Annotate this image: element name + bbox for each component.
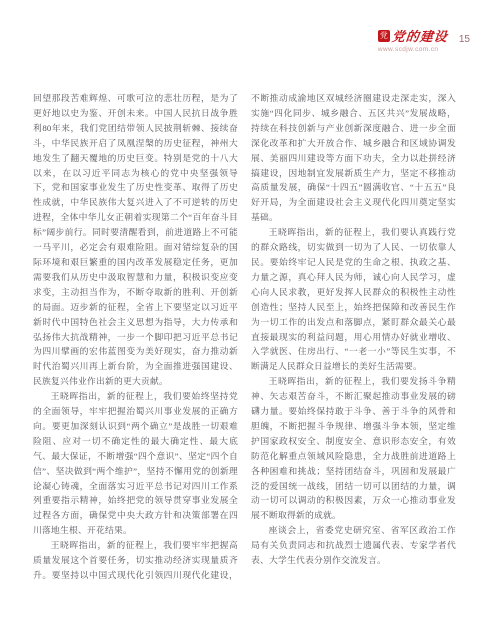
article-paragraph-6: 座谈会上，省委党史研究室、省军区政治工作局有关负责同志和抗战烈士遗属代表、专家学… — [251, 523, 456, 568]
article-paragraph-4: 王晓晖指出，新的征程上，我们要认真践行党的群众路线，切实做到一切为了人民、一切依… — [251, 225, 456, 374]
article-paragraph-2: 王晓晖指出，新的征程上，我们要始终坚持党的全面领导，牢牢把握治蜀兴川事业发展的正… — [33, 389, 238, 538]
brand-row: 党 党的建设 — [378, 26, 448, 45]
article-paragraph-1: 回望那段苦难辉煌、可歌可泣的悲壮历程，是为了更好地以史为鉴、开创未来。中国人民抗… — [33, 91, 238, 389]
magazine-page: 党 党的建设 www.scdjw.com.cn 15 回望那段苦难辉煌、可歌可泣… — [0, 0, 485, 640]
brand-seal-icon: 党 — [378, 30, 390, 42]
page-header: 党 党的建设 www.scdjw.com.cn 15 — [378, 26, 470, 53]
brand-logo: 党 党的建设 www.scdjw.com.cn — [378, 26, 448, 53]
brand-url: www.scdjw.com.cn — [378, 46, 439, 53]
page-number: 15 — [459, 34, 470, 45]
article-body: 回望那段苦难辉煌、可歌可泣的悲壮历程，是为了更好地以史为鉴、开创未来。中国人民抗… — [33, 91, 456, 596]
brand-name: 党的建设 — [391, 26, 449, 45]
article-paragraph-5: 王晓晖指出，新的征程上，我们要发扬斗争精神、矢志艰苦奋斗，不断汇聚起推动事业发展… — [251, 374, 456, 523]
